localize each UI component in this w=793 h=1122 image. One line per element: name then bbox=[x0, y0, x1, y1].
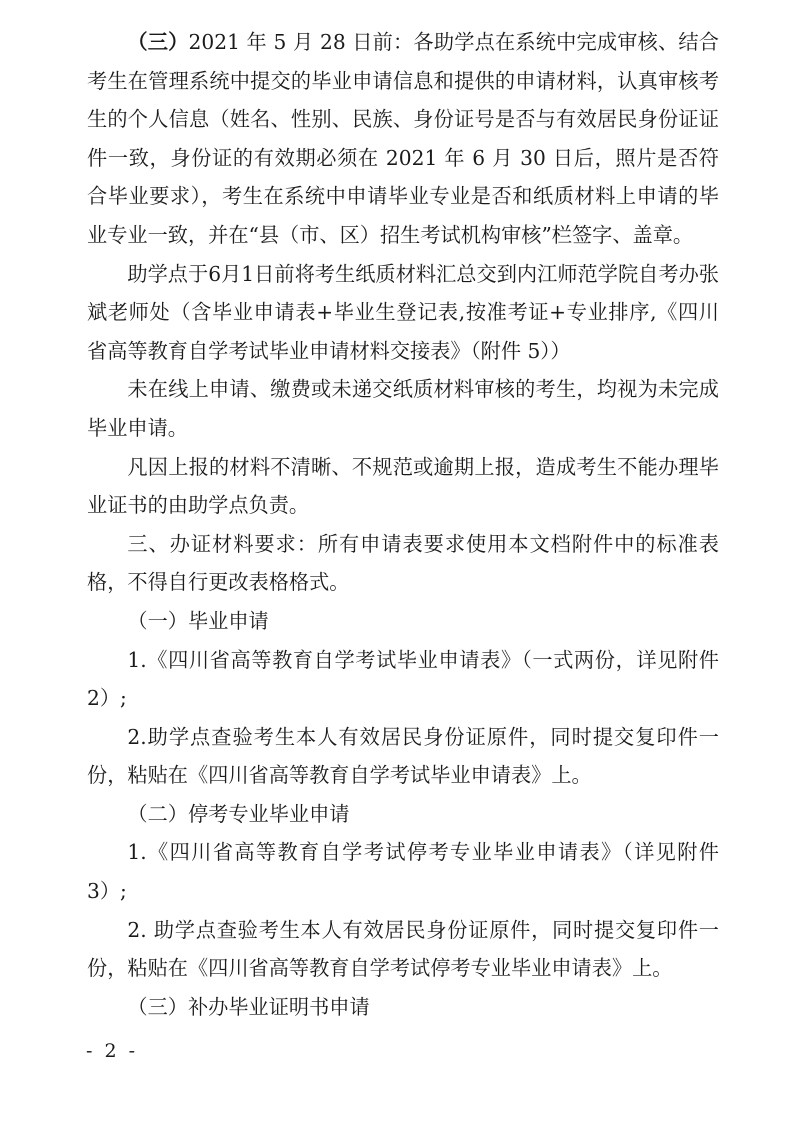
section-marker: （三） bbox=[127, 30, 188, 54]
subsection-heading-reissue: （三）补办毕业证明书申请 bbox=[87, 988, 719, 1027]
paragraph-submission: 助学点于6月1日前将考生纸质材料汇总交到内江师范学院自考办张斌老师处（含毕业申请… bbox=[87, 255, 719, 371]
paragraph-incomplete-notice: 未在线上申请、缴费或未递交纸质材料审核的考生，均视为未完成毕业申请。 bbox=[87, 370, 719, 447]
list-item: 2. 助学点查验考生本人有效居民身份证原件，同时提交复印件一份，粘贴在《四川省高… bbox=[87, 911, 719, 988]
section-heading-materials: 三、办证材料要求：所有申请表要求使用本文档附件中的标准表格，不得自行更改表格格式… bbox=[87, 525, 719, 602]
list-item: 2.助学点查验考生本人有效居民身份证原件，同时提交复印件一份，粘贴在《四川省高等… bbox=[87, 718, 719, 795]
subsection-heading-discontinued: （二）停考专业毕业申请 bbox=[87, 795, 719, 834]
paragraph-review-deadline: （三）2021 年 5 月 28 日前：各助学点在系统中完成审核、结合考生在管理… bbox=[87, 23, 719, 255]
subsection-heading-graduation: （一）毕业申请 bbox=[87, 602, 719, 641]
list-item: 1.《四川省高等教育自学考试停考专业毕业申请表》（详见附件 3）; bbox=[87, 833, 719, 910]
list-item: 1.《四川省高等教育自学考试毕业申请表》（一式两份，详见附件 2）; bbox=[87, 641, 719, 718]
page-number: - 2 - bbox=[86, 1040, 138, 1062]
document-page: （三）2021 年 5 月 28 日前：各助学点在系统中完成审核、结合考生在管理… bbox=[0, 0, 793, 1122]
document-body: （三）2021 年 5 月 28 日前：各助学点在系统中完成审核、结合考生在管理… bbox=[87, 23, 719, 1026]
paragraph-responsibility: 凡因上报的材料不清晰、不规范或逾期上报，造成考生不能办理毕业证书的由助学点负责。 bbox=[87, 448, 719, 525]
